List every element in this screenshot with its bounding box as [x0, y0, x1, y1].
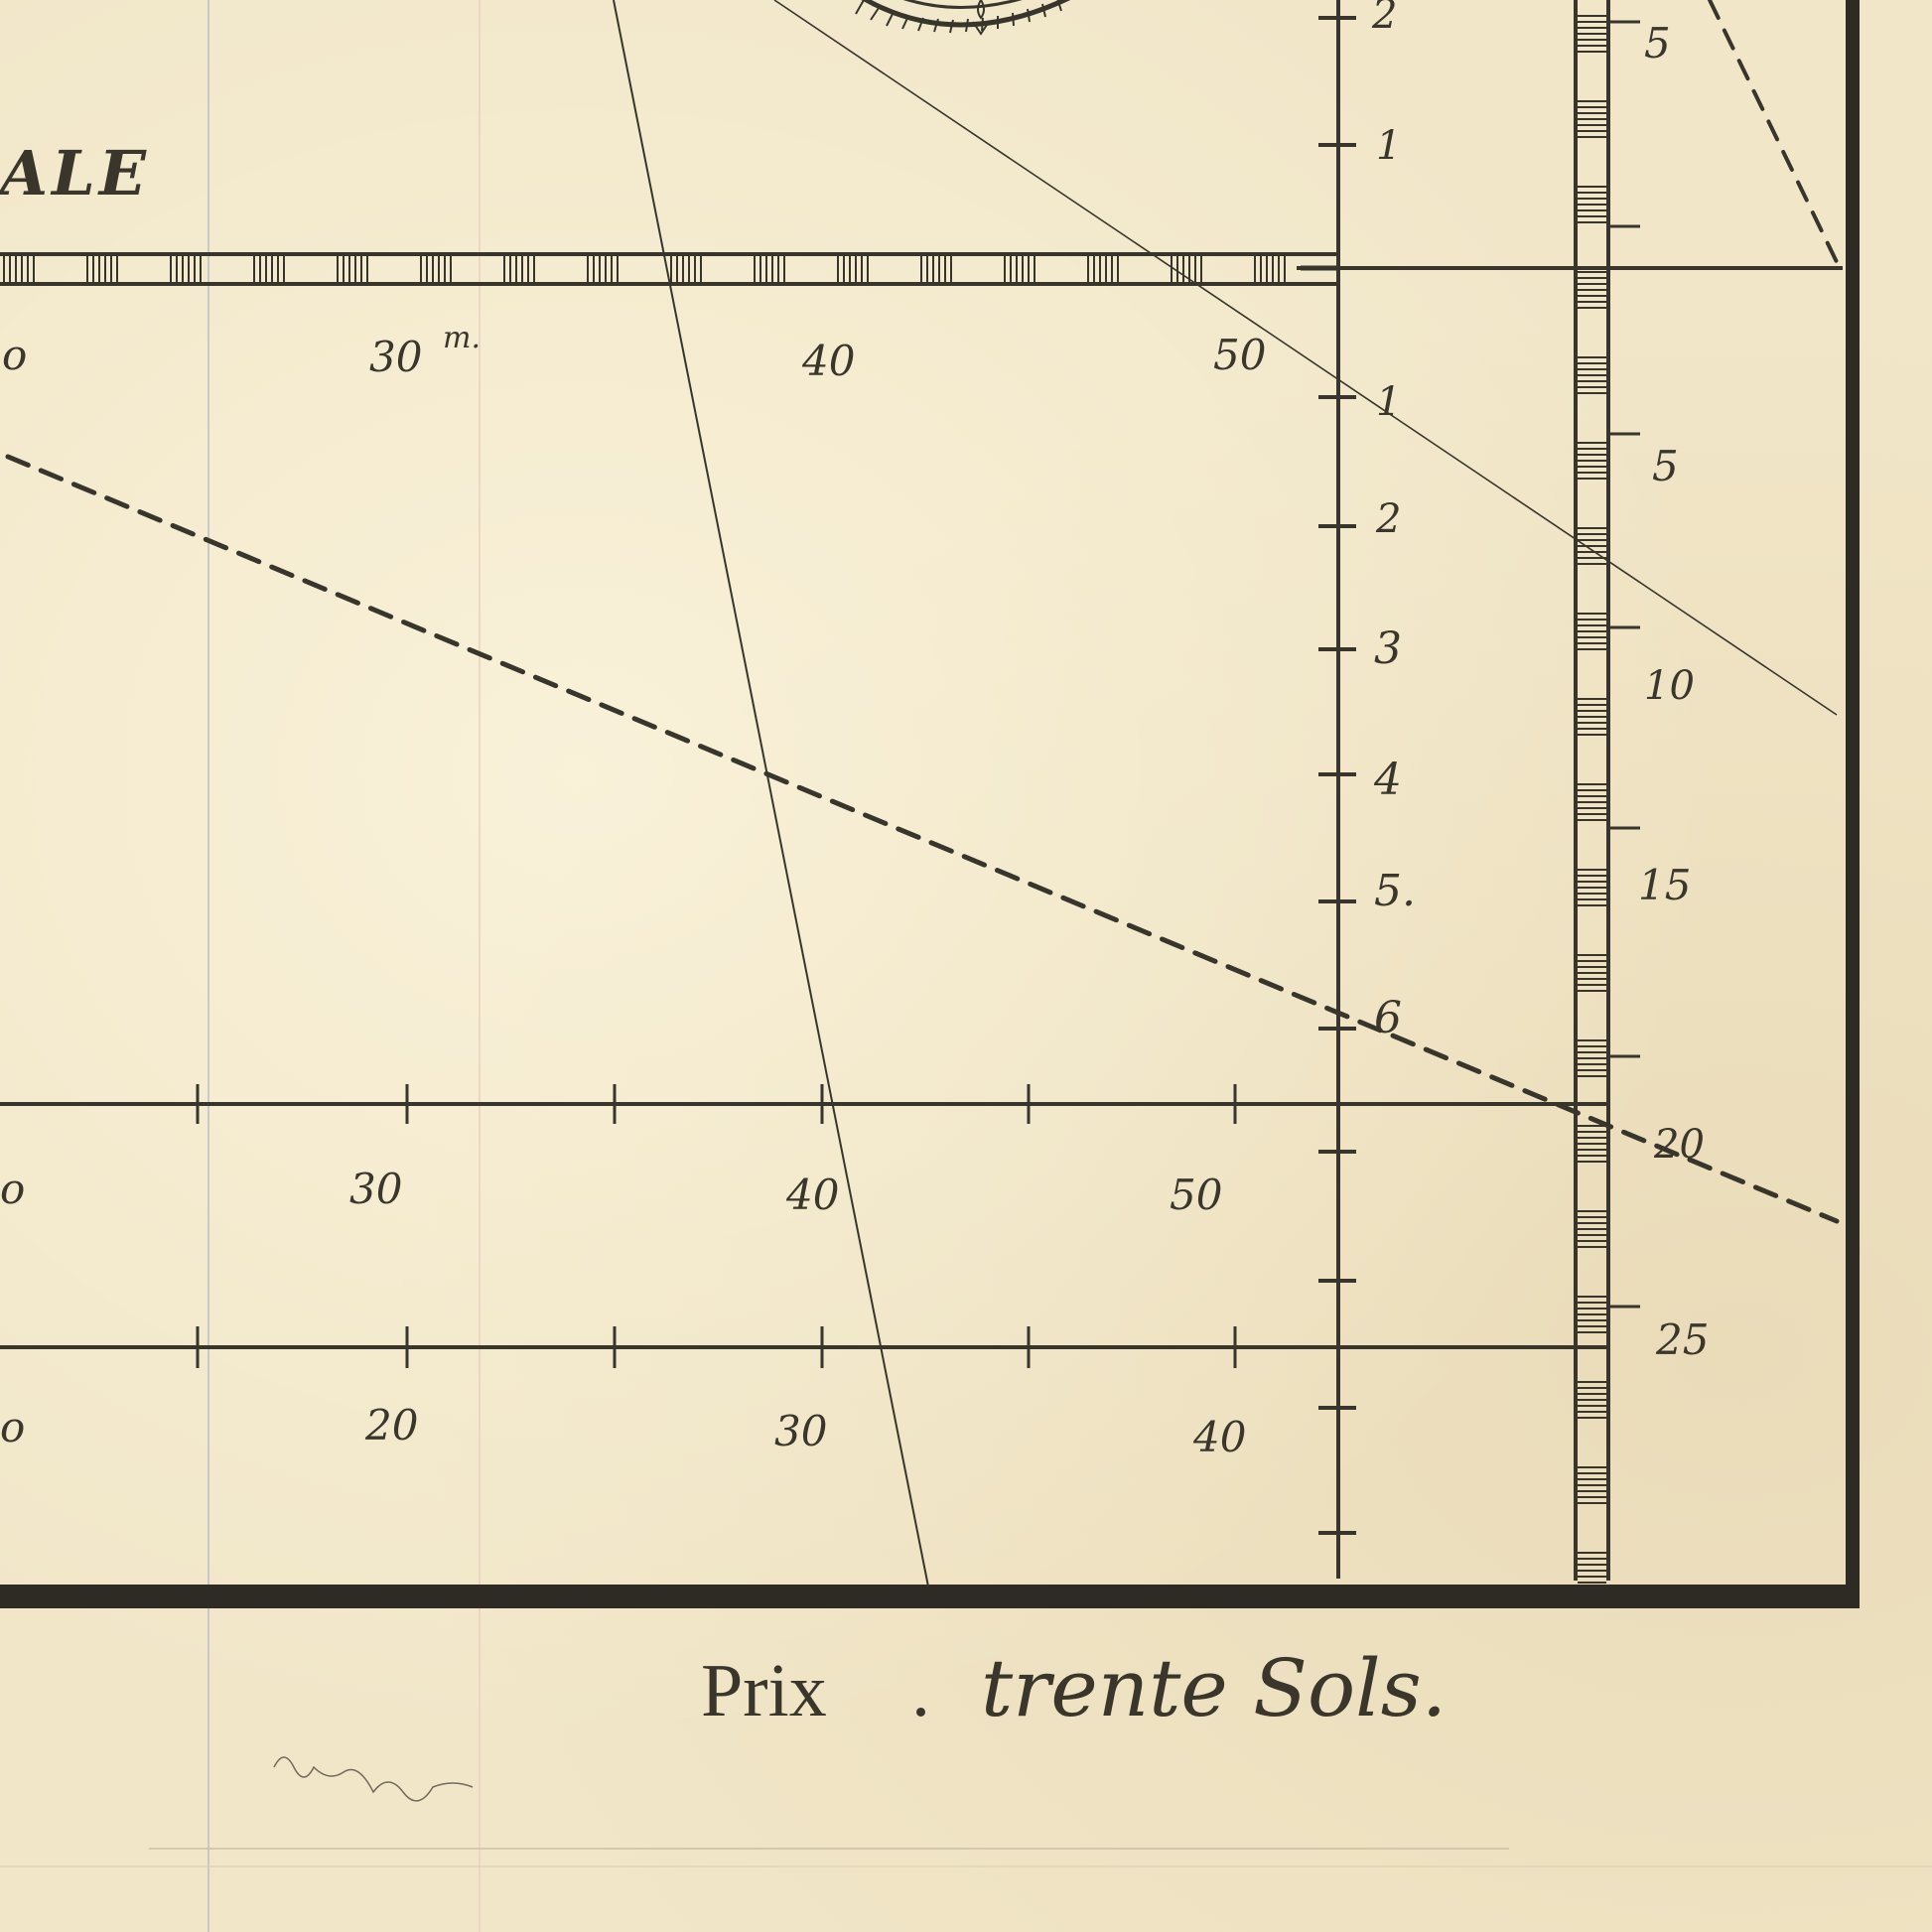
- inner-label: 1: [1376, 379, 1401, 425]
- top-scale-unit: m.: [443, 321, 481, 355]
- middle-scale-label-30: 30: [349, 1165, 402, 1213]
- middle-tick-scale: [0, 1084, 1608, 1124]
- paper-ruling: [0, 0, 1932, 1932]
- inner-label: 5.: [1374, 866, 1416, 916]
- inner-label: 3: [1374, 623, 1402, 674]
- lower-scale-label-0: o: [0, 1403, 25, 1451]
- lower-scale-label-30: 30: [774, 1407, 827, 1455]
- inner-vertical-axis: [1318, 0, 1356, 1579]
- middle-scale-label-0: o: [0, 1165, 25, 1213]
- outer-label: 5: [1644, 19, 1671, 68]
- top-scale-label-40: 40: [801, 337, 855, 385]
- outer-label: 20: [1653, 1122, 1705, 1168]
- map-title-fragment: ALE: [0, 137, 150, 209]
- lower-tick-scale: [0, 1326, 1608, 1368]
- map-engraving: ALE o: [0, 0, 1932, 1932]
- pencil-squiggle: [274, 1757, 473, 1801]
- dashed-route-lines: [8, 0, 1839, 1221]
- outer-vertical-graduated-scale: [1576, 0, 1640, 1588]
- outer-label: 25: [1655, 1315, 1709, 1364]
- inner-label: 6: [1374, 993, 1402, 1043]
- middle-scale-labels: o 30 40 50: [0, 1165, 1222, 1219]
- outer-vertical-scale-labels: 5 5 10 15 20 25: [1638, 19, 1709, 1364]
- lower-scale-labels: o 20 30 40: [0, 1401, 1246, 1461]
- inner-vertical-scale-labels: 2 1 1 2 3 4 5. 6: [1371, 0, 1416, 1043]
- outer-label: 10: [1644, 663, 1695, 709]
- price-label: Prix: [701, 1649, 827, 1732]
- middle-scale-label-40: 40: [785, 1171, 839, 1219]
- inner-label: 1: [1376, 123, 1401, 169]
- price-separator: .: [911, 1649, 930, 1732]
- lower-scale-label-20: 20: [364, 1401, 418, 1449]
- middle-scale-label-50: 50: [1170, 1171, 1222, 1219]
- top-scale-label-30: 30: [369, 333, 422, 381]
- top-scale-label-50: 50: [1213, 331, 1266, 379]
- outer-label: 5: [1652, 442, 1679, 490]
- inner-label: 4: [1373, 755, 1402, 805]
- top-scale-label-0: o: [2, 331, 27, 379]
- cartouche-emblem: [836, 0, 1102, 34]
- top-scale-labels: o 30 m. 40 50: [2, 321, 1266, 385]
- map-sheet: ALE o: [0, 0, 1932, 1932]
- inner-label: 2: [1375, 496, 1401, 542]
- outer-label: 15: [1638, 861, 1691, 909]
- lower-scale-label-40: 40: [1192, 1413, 1246, 1461]
- inner-label: 2: [1371, 0, 1397, 38]
- price-inscription: Prix . trente Sols.: [701, 1642, 1447, 1734]
- price-value: trente Sols.: [981, 1642, 1447, 1734]
